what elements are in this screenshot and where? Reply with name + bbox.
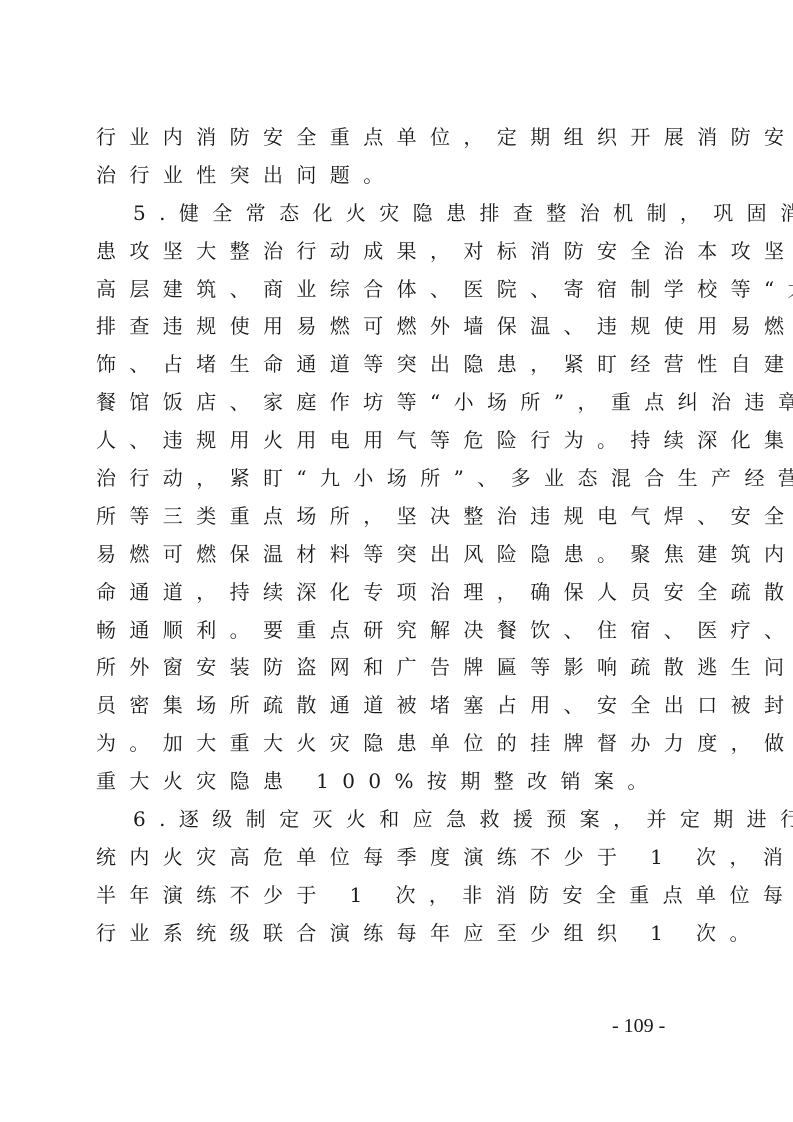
- text-line: 畅通顺利。要重点研究解决餐饮、住宿、医疗、养老等经营性场: [96, 612, 700, 650]
- text-line: 治行业性突出问题。: [96, 157, 700, 195]
- paragraph-6-start: 6.逐级制定灭火和应急救援预案，并定期进行演练。行业系: [96, 801, 700, 839]
- text-line: 命通道，持续深化专项治理，确保人员安全疏散逃生、应急救援: [96, 574, 700, 612]
- paragraph-5-start: 5.健全常态化火灾隐患排查整治机制，巩固消防安全集中除: [96, 195, 700, 233]
- text-line: 饰、占堵生命通道等突出隐患，紧盯经营性自建房、沿街商铺、: [96, 346, 700, 384]
- text-line: 人、违规用火用电用气等危险行为。持续深化集中除患攻坚大整: [96, 422, 700, 460]
- text-line: 行业内消防安全重点单位，定期组织开展消防安全检查，有效整: [96, 119, 700, 157]
- document-body: 行业内消防安全重点单位，定期组织开展消防安全检查，有效整 治行业性突出问题。 5…: [96, 119, 700, 953]
- text-line: 半年演练不少于 1 次，非消防安全重点单位每年演练不少于 1 次，: [96, 877, 700, 915]
- text-line: 餐馆饭店、家庭作坊等“小场所”，重点纠治违章搭建、违规住: [96, 384, 700, 422]
- text-line: 统内火灾高危单位每季度演练不少于 1 次，消防安全重点单位每: [96, 839, 700, 877]
- text-line: 为。加大重大火灾隐患单位的挂牌督办力度，做到“应挂尽挂”；: [96, 725, 700, 763]
- text-line: 所外窗安装防盗网和广告牌匾等影响疏散逃生问题，依法查处人: [96, 649, 700, 687]
- text-line: 易燃可燃保温材料等突出风险隐患。聚焦建筑内、外消防安全生: [96, 536, 700, 574]
- page-number: - 109 -: [612, 1015, 665, 1038]
- text-line: 员密集场所疏散通道被堵塞占用、安全出口被封堵锁闭等违法行: [96, 687, 700, 725]
- text-line: 所等三类重点场所，坚决整治违规电气焊、安全疏散条件不足、: [96, 498, 700, 536]
- text-line: 患攻坚大整治行动成果，对标消防安全治本攻坚三年行动，紧盯: [96, 233, 700, 271]
- text-line: 高层建筑、商业综合体、医院、寄宿制学校等“大单位”，重点: [96, 271, 700, 309]
- text-line: 重大火灾隐患 100%按期整改销案。: [96, 763, 700, 801]
- document-page: 行业内消防安全重点单位，定期组织开展消防安全检查，有效整 治行业性突出问题。 5…: [0, 0, 793, 1122]
- text-line: 排查违规使用易燃可燃外墙保温、违规使用易燃可燃材料装修装: [96, 308, 700, 346]
- text-line: 治行动，紧盯“九小场所”、多业态混合生产经营、人员密集场: [96, 460, 700, 498]
- text-line: 行业系统级联合演练每年应至少组织 1 次。: [96, 915, 700, 953]
